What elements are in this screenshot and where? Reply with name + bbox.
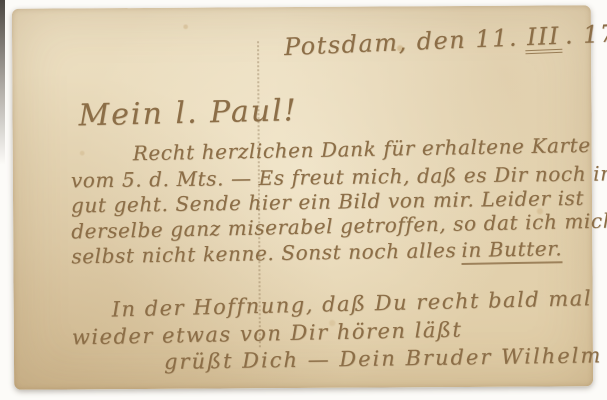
- photo-backdrop: Potsdam, den 11.III. 17. Mein l. Paul! R…: [0, 0, 607, 400]
- dateline-year: . 17.: [564, 19, 607, 49]
- scan-edge-shadow: [0, 0, 5, 165]
- signature: grüßt Dich — Dein Bruder Wilhelm: [164, 343, 603, 374]
- dateline: Potsdam, den 11.III. 17.: [283, 19, 607, 64]
- closing-lines: In der Hoffnung, daß Du recht bald mal w…: [72, 294, 593, 351]
- dateline-month: III: [524, 24, 562, 54]
- dateline-place-day: Potsdam, den 11.: [283, 24, 518, 62]
- underlined-phrase: in Butter.: [461, 236, 562, 265]
- postcard: Potsdam, den 11.III. 17. Mein l. Paul! R…: [12, 5, 593, 390]
- message-line-text: selbst nicht kenne. Sonst noch alles: [71, 238, 456, 268]
- message-body: Recht herzlichen Dank für erhaltene Kart…: [71, 139, 607, 270]
- salutation: Mein l. Paul!: [78, 93, 298, 133]
